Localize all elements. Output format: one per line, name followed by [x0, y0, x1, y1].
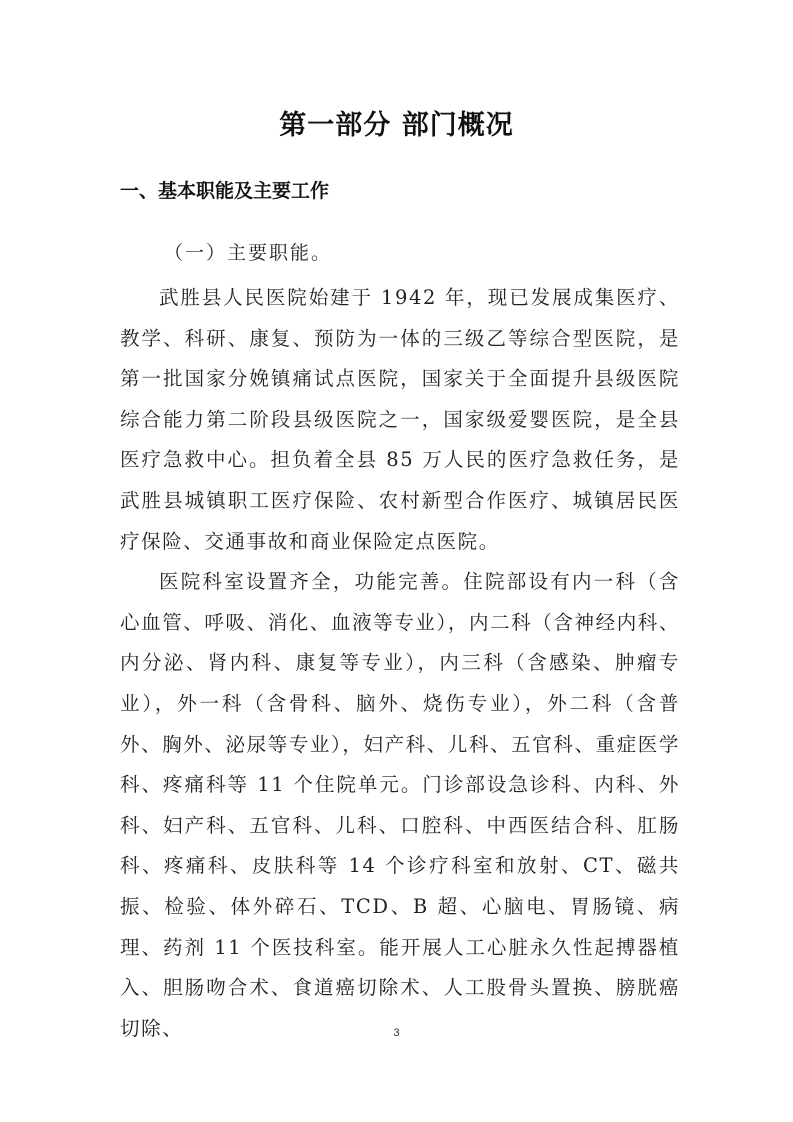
- sub-heading: （一）主要职能。: [164, 238, 332, 265]
- paragraph-departments: 医院科室设置齐全，功能完善。住院部设有内一科（含心血管、呼吸、消化、血液等专业）…: [120, 562, 680, 1049]
- page-title: 第一部分 部门概况: [0, 103, 793, 142]
- section-heading: 一、基本职能及主要工作: [120, 176, 329, 203]
- body-text: 武胜县人民医院始建于 1942 年，现已发展成集医疗、教学、科研、康复、预防为一…: [120, 278, 680, 1049]
- paragraph-hospital-overview: 武胜县人民医院始建于 1942 年，现已发展成集医疗、教学、科研、康复、预防为一…: [120, 278, 680, 562]
- page-number: 3: [0, 1027, 793, 1039]
